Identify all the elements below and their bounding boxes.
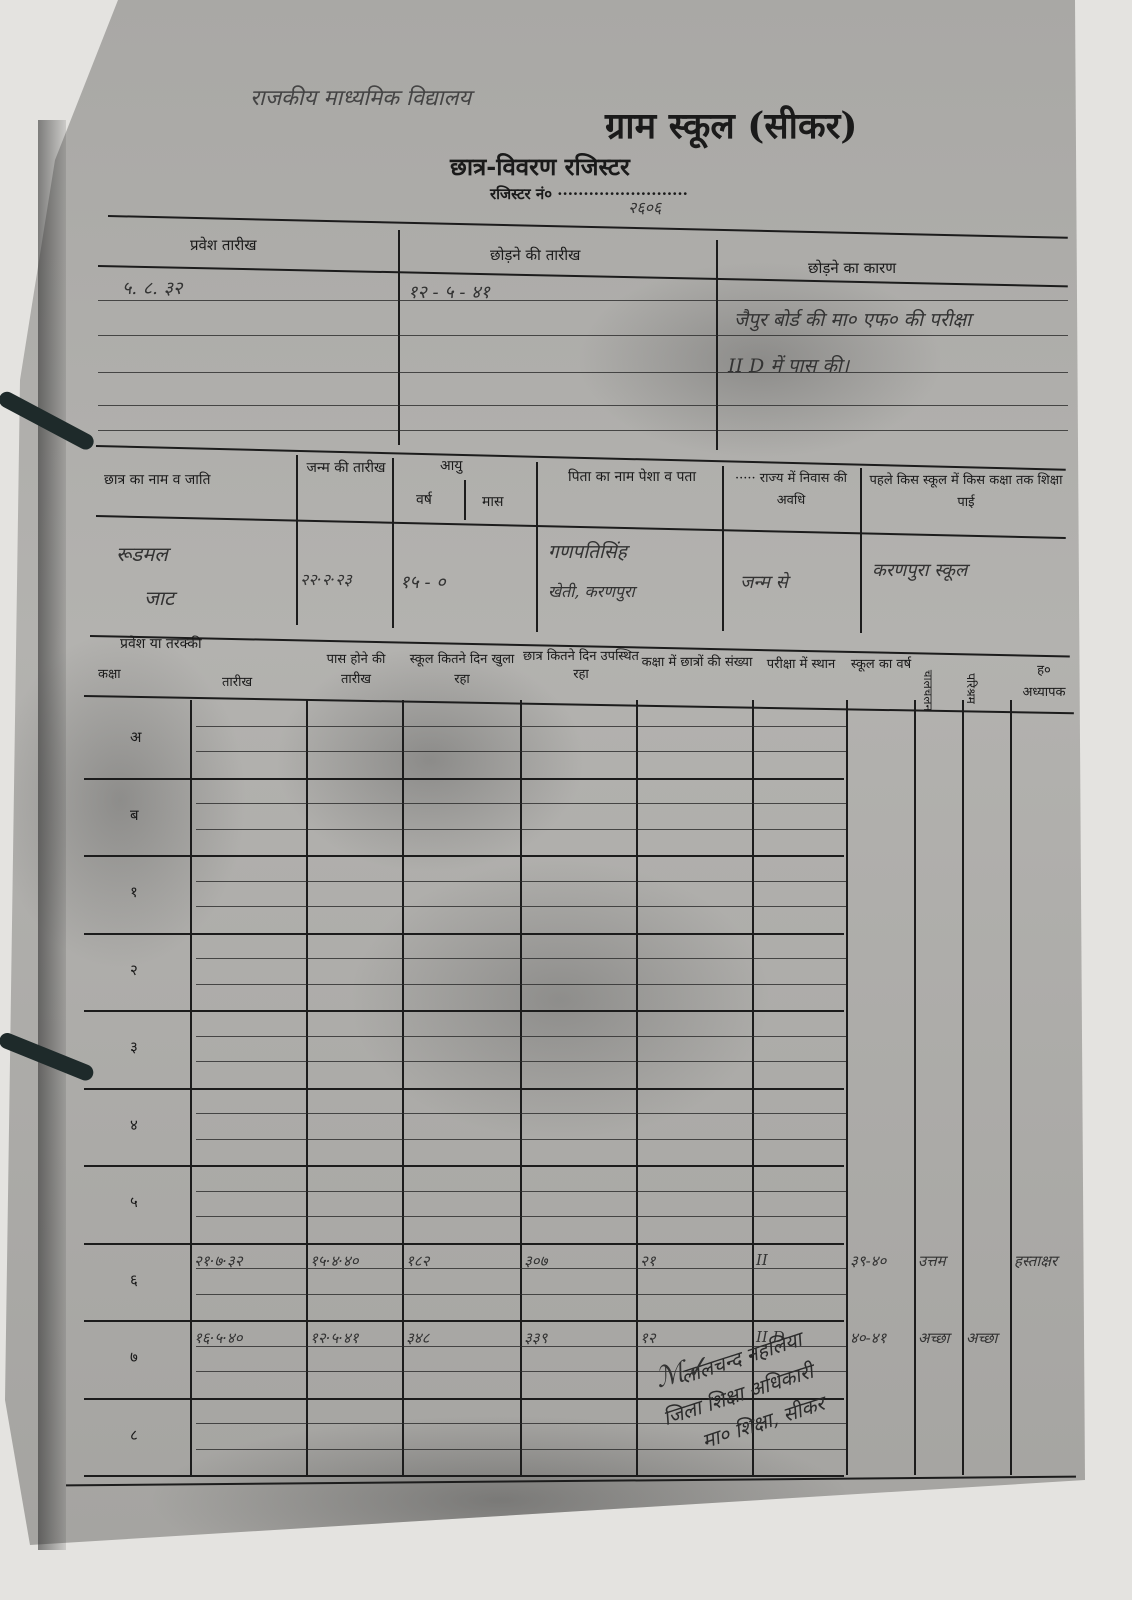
rule [98, 430, 1068, 431]
register-title: छात्र-विवरण रजिस्टर [450, 150, 630, 183]
previous-school-header-text: पहले किस स्कूल में किस कक्षा तक शिक्षा प… [870, 473, 1063, 510]
handwritten-school-prefix: राजकीय माध्यमिक विद्यालय [250, 82, 471, 112]
cell-rule [196, 803, 846, 804]
col-divider [860, 468, 862, 633]
leaving-date-header: छोड़ने की तारीख [490, 245, 580, 265]
dob-header-text: जन्म की तारीख [307, 460, 386, 476]
col-header-date: तारीख [222, 672, 252, 690]
class-label: ४ [130, 1115, 138, 1135]
admission-date-header: प्रवेश तारीख [190, 235, 257, 255]
table-cell: ४०-४१ [850, 1328, 886, 1348]
col-header-attendance-text: छात्र कितने दिन उपस्थित रहा [523, 649, 639, 682]
cell-rule [196, 751, 846, 752]
father-occupation-address: खेती, करणपुरा [548, 580, 635, 602]
col-header-pass-date: पास होने की तारीख [310, 650, 402, 690]
age-years-header: वर्ष [416, 490, 432, 509]
cell-rule [196, 726, 846, 727]
col-divider [398, 230, 400, 445]
cell-rule [196, 881, 846, 882]
row-rule [84, 1010, 844, 1012]
student-age: १५ - ० [400, 570, 446, 594]
table-cell: १२ [640, 1328, 656, 1348]
col-divider [846, 700, 848, 1475]
table-cell: १६·५·४० [194, 1328, 243, 1348]
student-name: रूडमल [116, 540, 168, 567]
table-cell: १२·५·४१ [310, 1328, 359, 1348]
table-cell: ३०७ [524, 1251, 547, 1271]
cell-rule [196, 906, 846, 907]
table-cell: ३४८ [406, 1328, 429, 1348]
previous-school-header: पहले किस स्कूल में किस कक्षा तक शिक्षा प… [866, 470, 1066, 514]
age-header: आयु [440, 456, 462, 475]
row-rule [84, 1320, 844, 1322]
table-cell: २१ [640, 1251, 656, 1271]
class-label: ६ [130, 1270, 138, 1290]
class-label: ७ [130, 1347, 138, 1367]
rule [98, 405, 1068, 406]
class-label: ८ [130, 1425, 138, 1445]
col-header-exam-rank-text: परीक्षा में स्थान [767, 657, 835, 672]
class-label: ५ [130, 1192, 138, 1212]
col-header-pass-date-text: पास होने की तारीख [327, 652, 386, 687]
leaving-reason-line-2: II D में पास की। [728, 352, 849, 378]
age-months-header: मास [482, 492, 503, 511]
col-header-class: कक्षा [98, 664, 121, 682]
table-cell: १८२ [406, 1251, 429, 1271]
class-label: १ [130, 882, 138, 902]
col-header-school-days: स्कूल कितने दिन खुला रहा [404, 650, 520, 690]
table-cell: १५·४·४० [310, 1251, 359, 1271]
register-no-value: २६०६ [628, 196, 661, 218]
table-cell: अच्छा [966, 1328, 997, 1348]
col-divider [962, 700, 964, 1475]
register-no-text: रजिस्टर नं० [490, 185, 552, 203]
class-label: ब [130, 805, 139, 825]
binding-edge [38, 120, 66, 1550]
residence-header: ····· राज्य में निवास की अवधि [726, 468, 856, 512]
table-cell: हस्ताक्षर [1014, 1251, 1057, 1271]
residence-duration: जन्म से [740, 570, 788, 594]
rule [98, 335, 1068, 336]
cell-rule [196, 1139, 846, 1140]
class-label: अ [130, 727, 141, 747]
col-header-class-size: कक्षा में छात्रों की संख्या [640, 652, 754, 674]
col-divider [464, 480, 466, 520]
row-rule [84, 1475, 844, 1477]
col-header-diligence: परिश्रम [963, 673, 980, 704]
father-name: गणपतिसिंह [548, 538, 627, 564]
row-rule [84, 933, 844, 935]
table-cell: अच्छा [918, 1328, 949, 1348]
cell-rule [196, 1191, 846, 1192]
cell-rule [196, 984, 846, 985]
dob-header: जन्म की तारीख [306, 458, 386, 478]
col-divider [296, 455, 298, 625]
row-rule [84, 1243, 844, 1245]
col-header-conduct: चालचलन [920, 670, 937, 711]
name-caste-header: छात्र का नाम व जाति [104, 470, 211, 489]
table-cell: II [756, 1251, 768, 1269]
row-rule [84, 855, 844, 857]
col-divider [716, 240, 718, 450]
rule [98, 372, 1068, 373]
col-header-teacher-sign: ह० अध्यापक [1014, 660, 1074, 704]
cell-rule [196, 1061, 846, 1062]
father-header-text: पिता का नाम पेशा व पता [568, 469, 696, 485]
row-rule [84, 1165, 844, 1167]
table-cell: २१·७·३२ [194, 1251, 243, 1271]
residence-header-text: ····· राज्य में निवास की अवधि [735, 471, 847, 508]
father-header: पिता का नाम पेशा व पता [552, 466, 712, 488]
admission-date: ५. ८. ३२ [122, 276, 182, 300]
col-divider [722, 466, 724, 631]
cell-rule [196, 1268, 846, 1269]
row-rule [84, 1088, 844, 1090]
rule [98, 300, 1068, 301]
progress-group-header: प्रवेश या तरक्की [120, 634, 202, 653]
cell-rule [196, 1294, 846, 1295]
table-cell: ३३९ [524, 1328, 547, 1348]
school-title: ग्राम स्कूल (सीकर) [605, 100, 857, 149]
col-divider [1010, 700, 1012, 1475]
row-rule [84, 778, 844, 780]
col-header-school-year: स्कूल का वर्ष [846, 654, 916, 676]
cell-rule [196, 829, 846, 830]
cell-rule [196, 1449, 846, 1450]
table-cell: ३९-४० [850, 1251, 886, 1271]
leaving-reason-header: छोड़ने का कारण [808, 258, 896, 278]
col-divider [392, 458, 394, 628]
cell-rule [196, 1036, 846, 1037]
col-header-exam-rank: परीक्षा में स्थान [756, 654, 846, 676]
class-label: ३ [130, 1037, 138, 1057]
register-no-dots: ························· [552, 185, 688, 203]
col-header-class-size-text: कक्षा में छात्रों की संख्या [642, 655, 753, 670]
student-caste: जाट [144, 584, 174, 611]
cell-rule [196, 1113, 846, 1114]
cell-rule [196, 958, 846, 959]
col-divider [536, 462, 538, 632]
col-divider [914, 700, 916, 1475]
leaving-reason-line-1: जैपुर बोर्ड की मा० एफ० की परीक्षा [734, 306, 971, 332]
previous-school: करणपुरा स्कूल [872, 558, 967, 582]
student-dob: २२·२·२३ [300, 568, 352, 590]
class-label: २ [130, 960, 138, 980]
col-header-teacher-sign-text: ह० अध्यापक [1022, 663, 1065, 700]
col-header-attendance: छात्र कितने दिन उपस्थित रहा [522, 648, 640, 684]
table-cell: उत्तम [918, 1251, 946, 1271]
col-header-school-days-text: स्कूल कितने दिन खुला रहा [410, 652, 515, 687]
col-header-school-year-text: स्कूल का वर्ष [851, 657, 911, 672]
cell-rule [196, 1216, 846, 1217]
